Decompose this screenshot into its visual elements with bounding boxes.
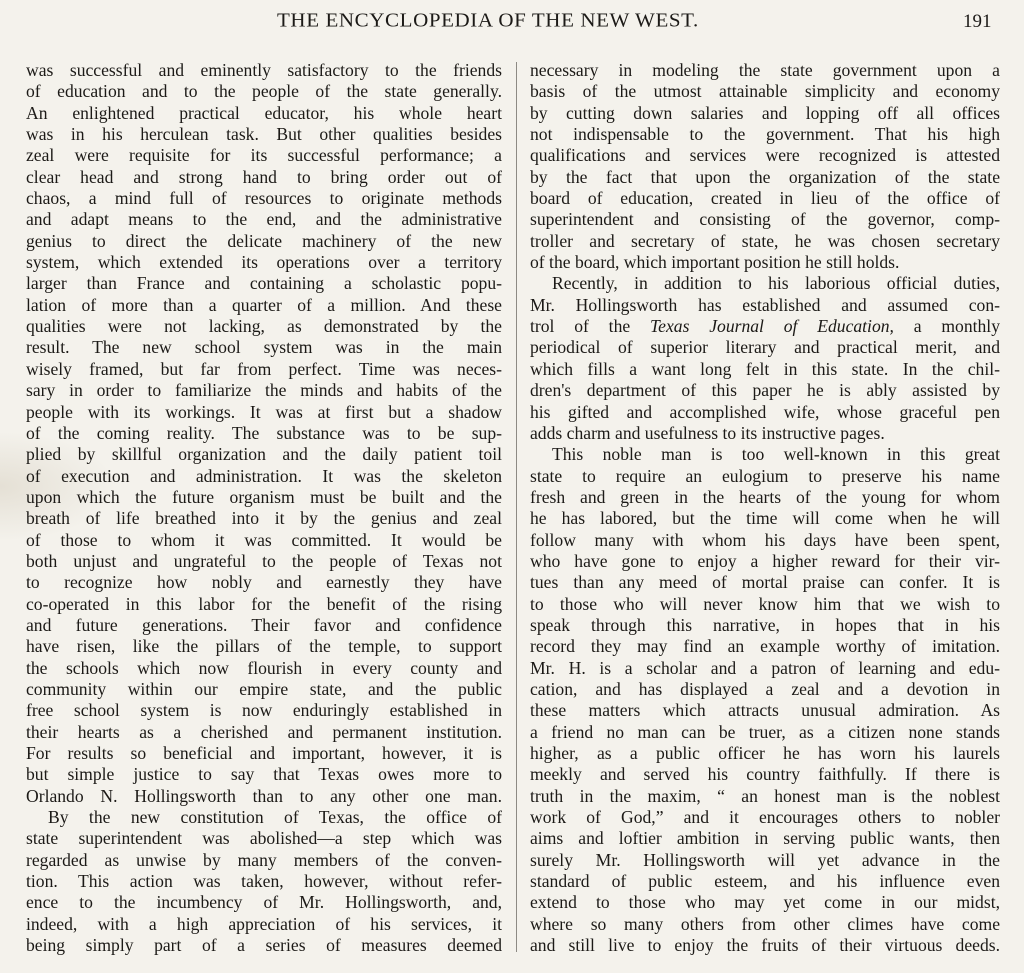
text-line: being simply part of a series of measure… [26, 935, 502, 956]
text-line: of those to whom it was committed. It wo… [26, 530, 502, 551]
text-line: periodical of superior literary and prac… [530, 337, 1000, 358]
left-column: was successful and eminently satisfactor… [26, 60, 502, 956]
text-line: free school system is now enduringly est… [26, 700, 502, 721]
text-line: system, which extended its operations ov… [26, 252, 502, 273]
text-line: regarded as unwise by many members of th… [26, 850, 502, 871]
text-line: by the fact that upon the organization o… [530, 167, 1000, 188]
text-line: troller and secretary of state, he was c… [530, 231, 1000, 252]
text-line: a friend no man can be truer, as a citiz… [530, 722, 1000, 743]
text-line: larger than France and containing a scho… [26, 273, 502, 294]
text-line: surely Mr. Hollingsworth will yet advanc… [530, 850, 1000, 871]
text-line: and future generations. Their favor and … [26, 615, 502, 636]
text-line: tion. This action was taken, however, wi… [26, 871, 502, 892]
text-line: fresh and green in the hearts of the you… [530, 487, 1000, 508]
text-line: adds charm and usefulness to its instruc… [530, 423, 1000, 444]
text-line: qualities were not lacking, as demonstra… [26, 316, 502, 337]
text-line: people with its workings. It was at firs… [26, 402, 502, 423]
text-line: and adapt means to the end, and the admi… [26, 209, 502, 230]
text-line: who have gone to enjoy a higher reward f… [530, 551, 1000, 572]
text-line: plied by skillful organization and the d… [26, 444, 502, 465]
text-line: of the board, which important position h… [530, 252, 1000, 273]
text-line: these matters which attracts unusual adm… [530, 700, 1000, 721]
text-line: tues than any meed of mortal praise can … [530, 572, 1000, 593]
text-line: state to require an eulogium to preserve… [530, 466, 1000, 487]
text-line: This noble man is too well-known in this… [530, 444, 1000, 465]
text-line: follow many with whom his days have been… [530, 530, 1000, 551]
text-line: clear head and strong hand to bring orde… [26, 167, 502, 188]
text-line: Mr. Hollingsworth has established and as… [530, 295, 1000, 316]
text-line: co-operated in this labor for the benefi… [26, 594, 502, 615]
text-line: both unjust and ungrateful to the people… [26, 551, 502, 572]
text-line: basis of the utmost attainable simplicit… [530, 81, 1000, 102]
text-line: community within our empire state, and t… [26, 679, 502, 700]
text-line: and still live to enjoy the fruits of th… [530, 935, 1000, 956]
journal-title: Texas Journal of Education, [650, 316, 894, 336]
text-line: was successful and eminently satisfactor… [26, 60, 502, 81]
book-page: THE ENCYCLOPEDIA OF THE NEW WEST. 191 wa… [0, 0, 1024, 973]
text-line: Recently, in addition to his laborious o… [530, 273, 1000, 294]
text-line: wisely framed, but far from perfect. Tim… [26, 359, 502, 380]
text-line: indeed, with a high appreciation of his … [26, 914, 502, 935]
text-line: cation, and has displayed a zeal and a d… [530, 679, 1000, 700]
text-line: breath of life breathed into it by the g… [26, 508, 502, 529]
text-line: work of God,” and it encourages others t… [530, 807, 1000, 828]
text-fragment: trol of the [530, 316, 650, 336]
text-line: of the coming reality. The substance was… [26, 423, 502, 444]
text-line: standard of public esteem, and his influ… [530, 871, 1000, 892]
text-line: By the new constitution of Texas, the of… [26, 807, 502, 828]
text-line: was in his herculean task. But other qua… [26, 124, 502, 145]
column-divider [516, 62, 517, 952]
text-line: necessary in modeling the state governme… [530, 60, 1000, 81]
text-line: where so many others from other climes h… [530, 914, 1000, 935]
text-line: but simple justice to say that Texas owe… [26, 764, 502, 785]
text-line: their hearts as a cherished and permanen… [26, 722, 502, 743]
text-line: have risen, like the pillars of the temp… [26, 636, 502, 657]
running-head: THE ENCYCLOPEDIA OF THE NEW WEST. 191 [0, 8, 1024, 38]
text-line: not indispensable to the government. Tha… [530, 124, 1000, 145]
text-line: result. The new school system was in the… [26, 337, 502, 358]
text-line: meekly and served his country faithfully… [530, 764, 1000, 785]
text-line: lation of more than a quarter of a milli… [26, 295, 502, 316]
text-line: An enlightened practical educator, his w… [26, 103, 502, 124]
text-line: of execution and administration. It was … [26, 466, 502, 487]
text-line: extend to those who may yet come in our … [530, 892, 1000, 913]
text-line: the schools which now flourish in every … [26, 658, 502, 679]
text-line: ence to the incumbency of Mr. Hollingswo… [26, 892, 502, 913]
text-line: aims and loftier ambition in serving pub… [530, 828, 1000, 849]
right-column: necessary in modeling the state governme… [530, 60, 1000, 956]
text-line: which fills a want long felt in this sta… [530, 359, 1000, 380]
text-line: genius to direct the delicate machinery … [26, 231, 502, 252]
text-line: trol of the Texas Journal of Education, … [530, 316, 1000, 337]
text-line: his gifted and accomplished wife, whose … [530, 402, 1000, 423]
text-fragment: a monthly [894, 316, 1000, 336]
text-line: speak through this narrative, in hopes t… [530, 615, 1000, 636]
text-line: higher, as a public officer he has worn … [530, 743, 1000, 764]
text-line: dren's department of this paper he is ab… [530, 380, 1000, 401]
text-line: superintendent and consisting of the gov… [530, 209, 1000, 230]
text-line: record they may find an example worthy o… [530, 636, 1000, 657]
text-line: upon which the future organism must be b… [26, 487, 502, 508]
text-line: to recognize how nobly and earnestly the… [26, 572, 502, 593]
running-title: THE ENCYCLOPEDIA OF THE NEW WEST. [277, 9, 699, 33]
text-line: For results so beneficial and important,… [26, 743, 502, 764]
text-line: board of education, created in lieu of t… [530, 188, 1000, 209]
text-line: Mr. H. is a scholar and a patron of lear… [530, 658, 1000, 679]
text-line: zeal were requisite for its successful p… [26, 145, 502, 166]
text-line: qualifications and services were recogni… [530, 145, 1000, 166]
text-line: state superintendent was abolished—a ste… [26, 828, 502, 849]
text-line: chaos, a mind full of resources to origi… [26, 188, 502, 209]
text-line: of education and to the people of the st… [26, 81, 502, 102]
page-number: 191 [963, 11, 992, 33]
text-line: by cutting down salaries and lopping off… [530, 103, 1000, 124]
text-line: Orlando N. Hollingsworth than to any oth… [26, 786, 502, 807]
text-line: sary in order to familiarize the minds a… [26, 380, 502, 401]
text-line: truth in the maxim, “ an honest man is t… [530, 786, 1000, 807]
text-line: to those who will never know him that we… [530, 594, 1000, 615]
text-line: he has labored, but the time will come w… [530, 508, 1000, 529]
